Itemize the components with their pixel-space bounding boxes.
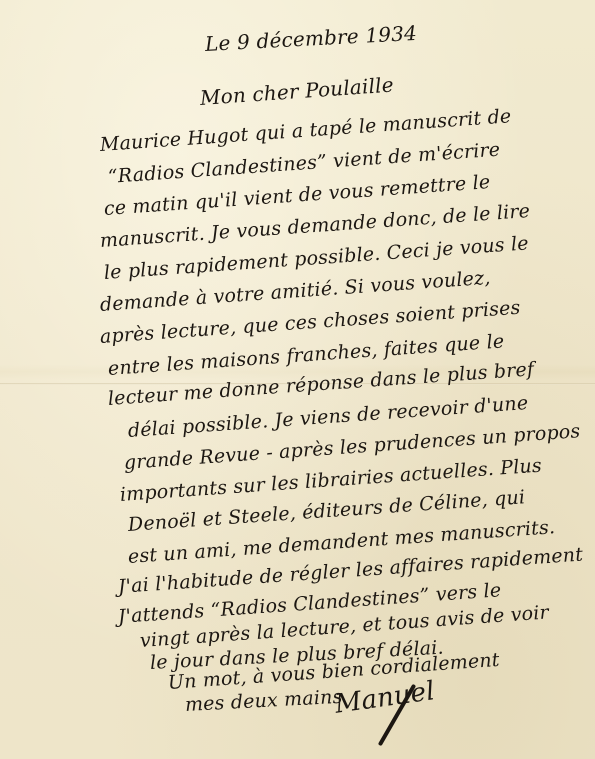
- letter-salutation: Mon cher Poulaille: [199, 72, 394, 109]
- letter-date: Le 9 décembre 1934: [204, 21, 417, 56]
- handwritten-letter-page: Le 9 décembre 1934 Mon cher Poulaille Ma…: [0, 0, 595, 759]
- signature: Manuel: [333, 676, 437, 720]
